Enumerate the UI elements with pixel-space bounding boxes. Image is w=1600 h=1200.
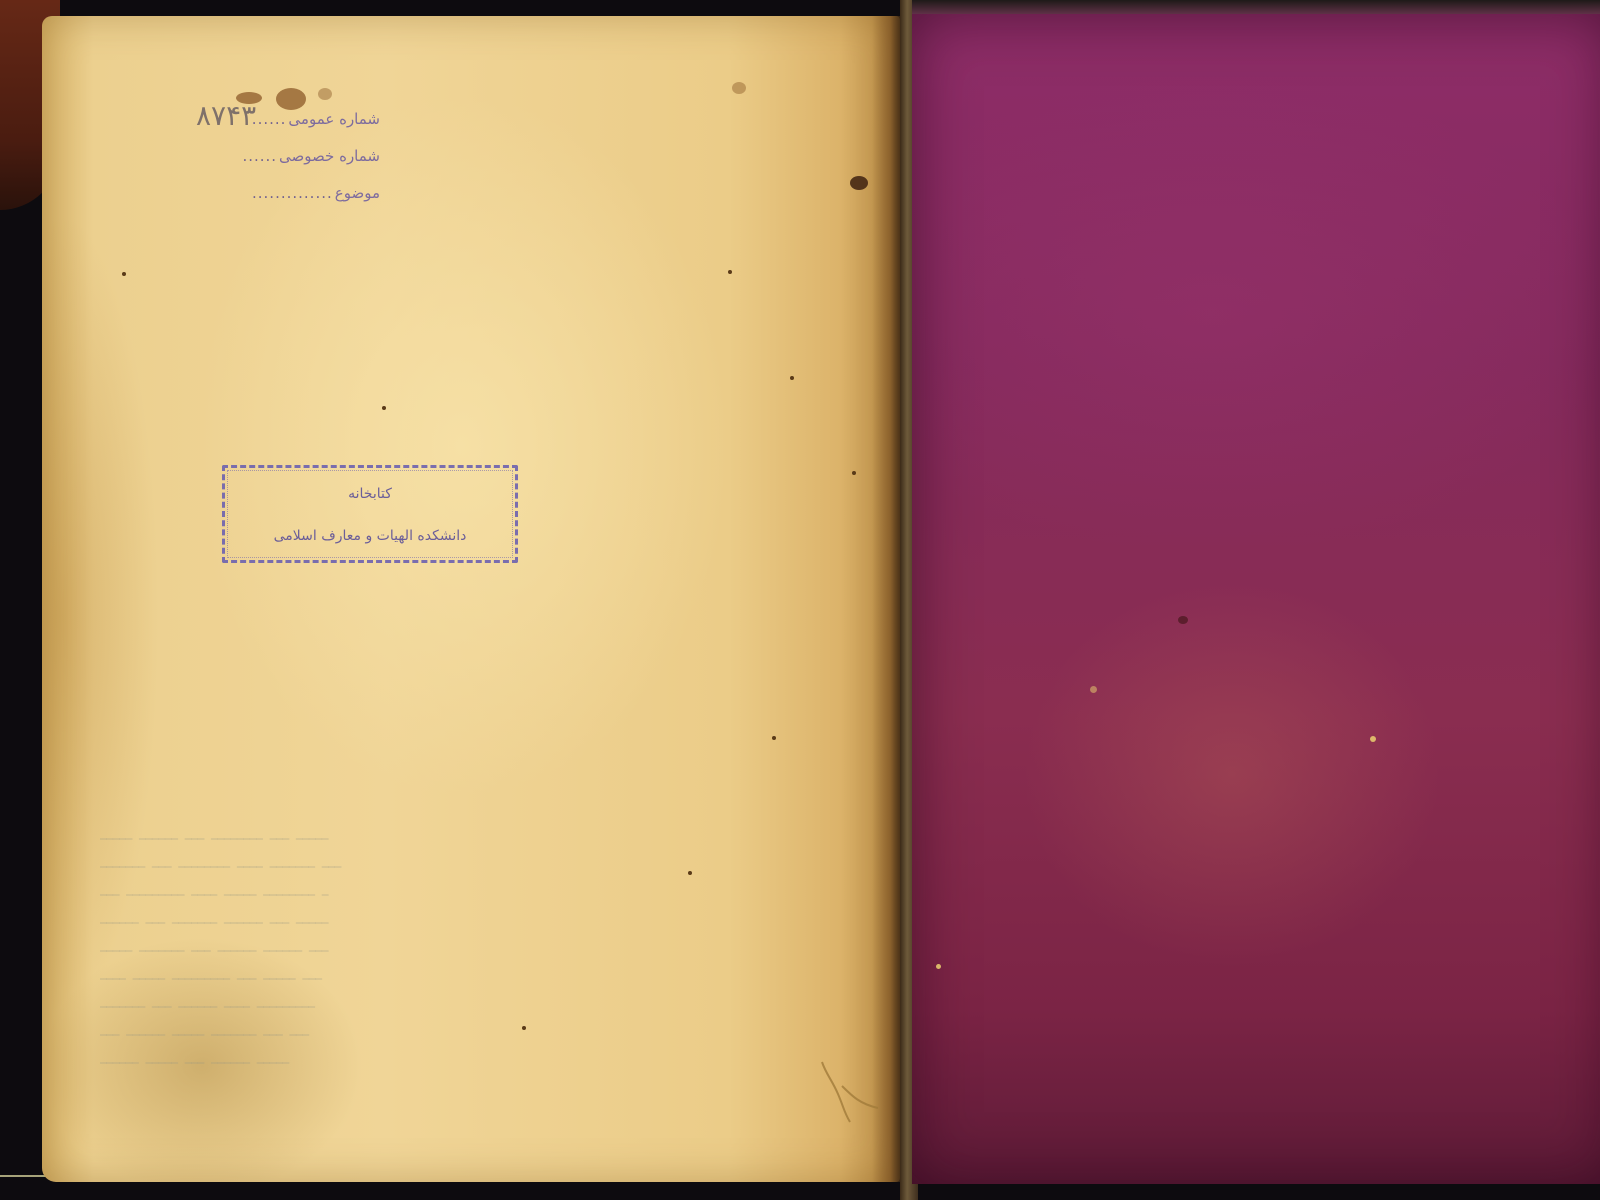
- catalog-row-subject: موضوع ..............: [220, 186, 380, 223]
- bleed-line: ــــــ ـــ ـــــــ ــــــ ـــ ـــــ: [100, 904, 800, 932]
- speck: [790, 376, 794, 380]
- private-number-label: شماره خصوصی: [279, 149, 380, 164]
- subject-label: موضوع: [335, 186, 380, 201]
- catalog-number-stamp: شماره عمومی ...... شماره خصوصی ...... مو…: [220, 112, 380, 223]
- library-stamp: کتابخانه دانشکده الهیات و معارف اسلامی: [222, 465, 518, 563]
- bleed-line: ـــــــ ـــ ــــــ ــــ ـــــــــ: [100, 988, 800, 1016]
- general-number-dots: ......: [252, 112, 287, 127]
- stain: [276, 88, 306, 110]
- cover-spot: [1178, 616, 1188, 624]
- subject-dots: ..............: [252, 186, 333, 201]
- wormhole-track-icon: [820, 1060, 890, 1140]
- bleed-line: ـــــ ـــــــ ـــ ــــــ ــــــ ـــ: [100, 932, 800, 960]
- speck: [728, 270, 732, 274]
- general-number-label: شماره عمومی: [288, 112, 380, 127]
- speck: [382, 406, 386, 410]
- handwritten-catalog-number: ۸۷۴۳: [196, 102, 256, 130]
- private-number-dots: ......: [242, 149, 277, 164]
- bleed-line: ـــ ـــــــــ ــــ ـــــ ــــــــ ـ: [100, 876, 800, 904]
- book-photograph: شماره عمومی ...... شماره خصوصی ...... مو…: [0, 0, 1600, 1200]
- bleed-line: ـــ ــــــ ـــــ ـــــــ ـــ ـــ: [100, 1016, 800, 1044]
- bleed-line: ــــــ ـــــ ـــ ــــــ ـــــ: [100, 1044, 800, 1072]
- cover-spot: [1090, 686, 1097, 693]
- stain: [850, 176, 868, 190]
- bleed-line: ــــ ـــــ ـــــــــ ـــ ـــــ ـــ: [100, 960, 800, 988]
- bleed-line: ـــــ ــــــ ـــ ــــــــ ـــ ـــــ: [100, 820, 800, 848]
- speck: [122, 272, 126, 276]
- purple-cloth-cover: [912, 14, 1600, 1184]
- catalog-row-private-number: شماره خصوصی ......: [220, 149, 380, 186]
- library-stamp-title: کتابخانه: [225, 486, 515, 502]
- speck: [852, 471, 856, 475]
- cover-spot: [1370, 736, 1376, 742]
- stain: [732, 82, 746, 94]
- bleed-line: ـــــــ ـــ ــــــــ ــــ ـــــــ ـــ: [100, 848, 800, 876]
- stain: [318, 88, 332, 100]
- library-stamp-border: [227, 470, 513, 558]
- gutter-shadow: [872, 16, 902, 1182]
- speck: [772, 736, 776, 740]
- cover-spot: [936, 964, 941, 969]
- library-stamp-subtitle: دانشکده الهیات و معارف اسلامی: [225, 528, 515, 544]
- bleed-through-text: ـــــ ــــــ ـــ ــــــــ ـــ ـــــ ــــ…: [100, 820, 800, 1100]
